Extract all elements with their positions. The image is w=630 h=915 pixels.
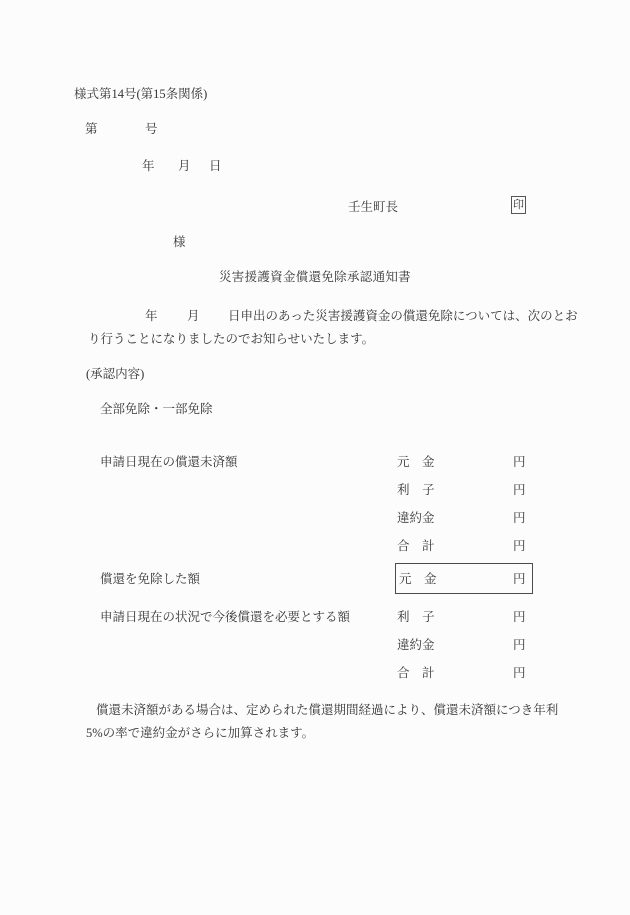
row-unit-yen: 円 bbox=[513, 571, 526, 587]
row-item-total: 合 計 bbox=[397, 538, 435, 554]
approval-heading: (承認内容) bbox=[86, 366, 144, 382]
row-unit-yen: 円 bbox=[513, 454, 526, 470]
row-item-interest: 利 子 bbox=[397, 609, 435, 625]
row-unit-yen: 円 bbox=[513, 609, 526, 625]
row-unit-yen: 円 bbox=[513, 637, 526, 653]
date-year-label: 年 bbox=[142, 158, 155, 174]
doc-number-suffix: 号 bbox=[145, 121, 158, 137]
row-item-principal: 元 金 bbox=[397, 454, 435, 470]
section-future-repayment-label: 申請日現在の状況で今後償還を必要とする額 bbox=[100, 609, 350, 625]
form-number: 様式第14号(第15条関係) bbox=[74, 86, 207, 102]
doc-number-prefix: 第 bbox=[85, 121, 98, 137]
addressee-honorific: 様 bbox=[173, 234, 186, 250]
row-item-total: 合 計 bbox=[397, 665, 435, 681]
body-line2: り行うことになりましたのでお知らせいたします。 bbox=[88, 331, 374, 347]
body-date-month: 月 bbox=[187, 308, 200, 324]
date-month-label: 月 bbox=[178, 158, 191, 174]
row-item-interest: 利 子 bbox=[397, 482, 435, 498]
section-outstanding-label: 申請日現在の償還未済額 bbox=[100, 454, 238, 470]
seal-box: 印 bbox=[511, 196, 526, 214]
date-day-label: 日 bbox=[209, 158, 222, 174]
row-item-penalty: 違約金 bbox=[397, 510, 435, 526]
row-unit-yen: 円 bbox=[513, 538, 526, 554]
row-unit-yen: 円 bbox=[513, 510, 526, 526]
body-date-year: 年 bbox=[145, 308, 158, 324]
document-title: 災害援護資金償還免除承認通知書 bbox=[0, 269, 630, 285]
issuer-name: 壬生町長 bbox=[348, 199, 398, 215]
row-item-principal-boxed: 元 金 bbox=[399, 571, 437, 587]
body-line1: 日申出のあった災害援護資金の償還免除については、次のとお bbox=[228, 308, 578, 324]
note-line2: 5%の率で違約金がさらに加算されます。 bbox=[86, 725, 314, 741]
exemption-type: 全部免除・一部免除 bbox=[100, 401, 213, 417]
row-item-penalty: 違約金 bbox=[397, 637, 435, 653]
seal-character: 印 bbox=[513, 200, 524, 211]
row-unit-yen: 円 bbox=[513, 665, 526, 681]
row-unit-yen: 円 bbox=[513, 482, 526, 498]
section-exempted-label: 償還を免除した額 bbox=[100, 571, 200, 587]
note-line1: 償還未済額がある場合は、定められた償還期間経過により、償還未済額につき年利 bbox=[96, 702, 558, 718]
document-page: 様式第14号(第15条関係) 第 号 年 月 日 壬生町長 印 様 災害援護資金… bbox=[0, 0, 630, 915]
